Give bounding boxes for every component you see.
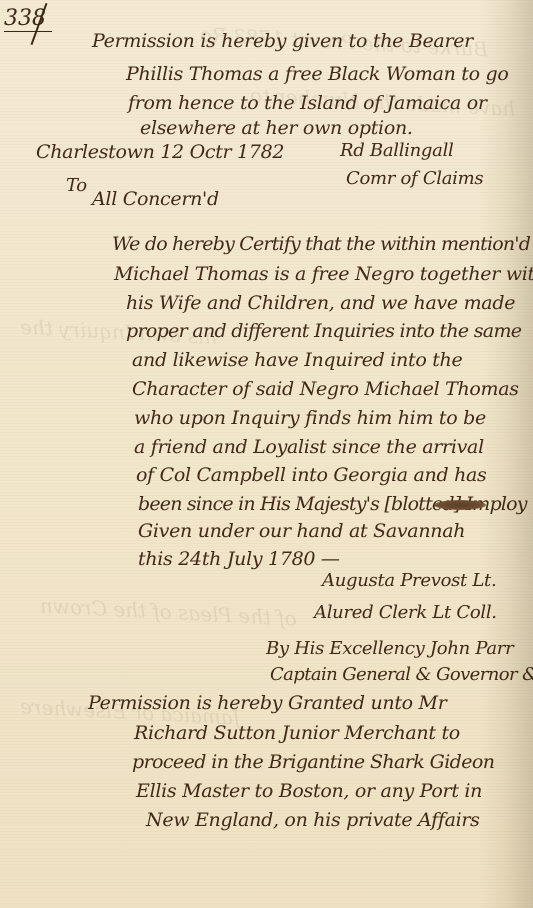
entry2-line: of Col Campbell into Georgia and has bbox=[136, 464, 487, 486]
entry1-line: elsewhere at her own option. bbox=[140, 117, 413, 139]
entry1-place-date: Charlestown 12 Octr 1782 bbox=[36, 141, 284, 163]
entry2-line: this 24th July 1780 — bbox=[138, 548, 340, 570]
entry1-signature-name: Rd Ballingall bbox=[340, 140, 454, 161]
entry3-issuer-line2: Captain General & Governor &c bbox=[270, 664, 533, 685]
entry1-signature-title: Comr of Claims bbox=[346, 168, 483, 189]
entry2-line: Michael Thomas is a free Negro together … bbox=[114, 263, 533, 285]
entry2-line: Given under our hand at Savannah bbox=[138, 520, 465, 542]
entry2-line: and likewise have Inquired into the bbox=[132, 349, 462, 371]
entry1-line: from hence to the Island of Jamaica or bbox=[128, 92, 487, 114]
entry2-line: We do hereby Certify that the within men… bbox=[112, 233, 530, 255]
entry1-address-whom: All Concern'd bbox=[92, 188, 219, 210]
entry2-signature: Alured Clerk Lt Coll. bbox=[314, 602, 497, 623]
entry1-address-to: To bbox=[66, 175, 87, 196]
ink-blot bbox=[434, 500, 486, 510]
entry1-line: Phillis Thomas a free Black Woman to go bbox=[126, 63, 509, 85]
manuscript-page: Burke to the Provst 1783 Ro have made th… bbox=[0, 0, 533, 908]
entry1-line: Permission is hereby given to the Bearer bbox=[92, 30, 473, 52]
bleed-through-text: of the Pleas of the Crown bbox=[40, 593, 298, 630]
entry2-line: proper and different Inquiries into the … bbox=[126, 320, 521, 342]
entry3-line: Permission is hereby Granted unto Mr bbox=[88, 692, 447, 714]
entry2-line: who upon Inquiry finds him him to be bbox=[134, 407, 486, 429]
entry3-line: Richard Sutton Junior Merchant to bbox=[134, 722, 460, 744]
entry2-line: Character of said Negro Michael Thomas bbox=[132, 378, 519, 400]
entry2-signature: Augusta Prevost Lt. bbox=[322, 570, 496, 591]
entry2-line: a friend and Loyalist since the arrival bbox=[134, 436, 484, 458]
entry3-line: New England, on his private Affairs bbox=[146, 809, 480, 831]
entry3-issuer-line1: By His Excellency John Parr bbox=[266, 638, 513, 659]
entry2-line: his Wife and Children, and we have made bbox=[126, 292, 515, 314]
